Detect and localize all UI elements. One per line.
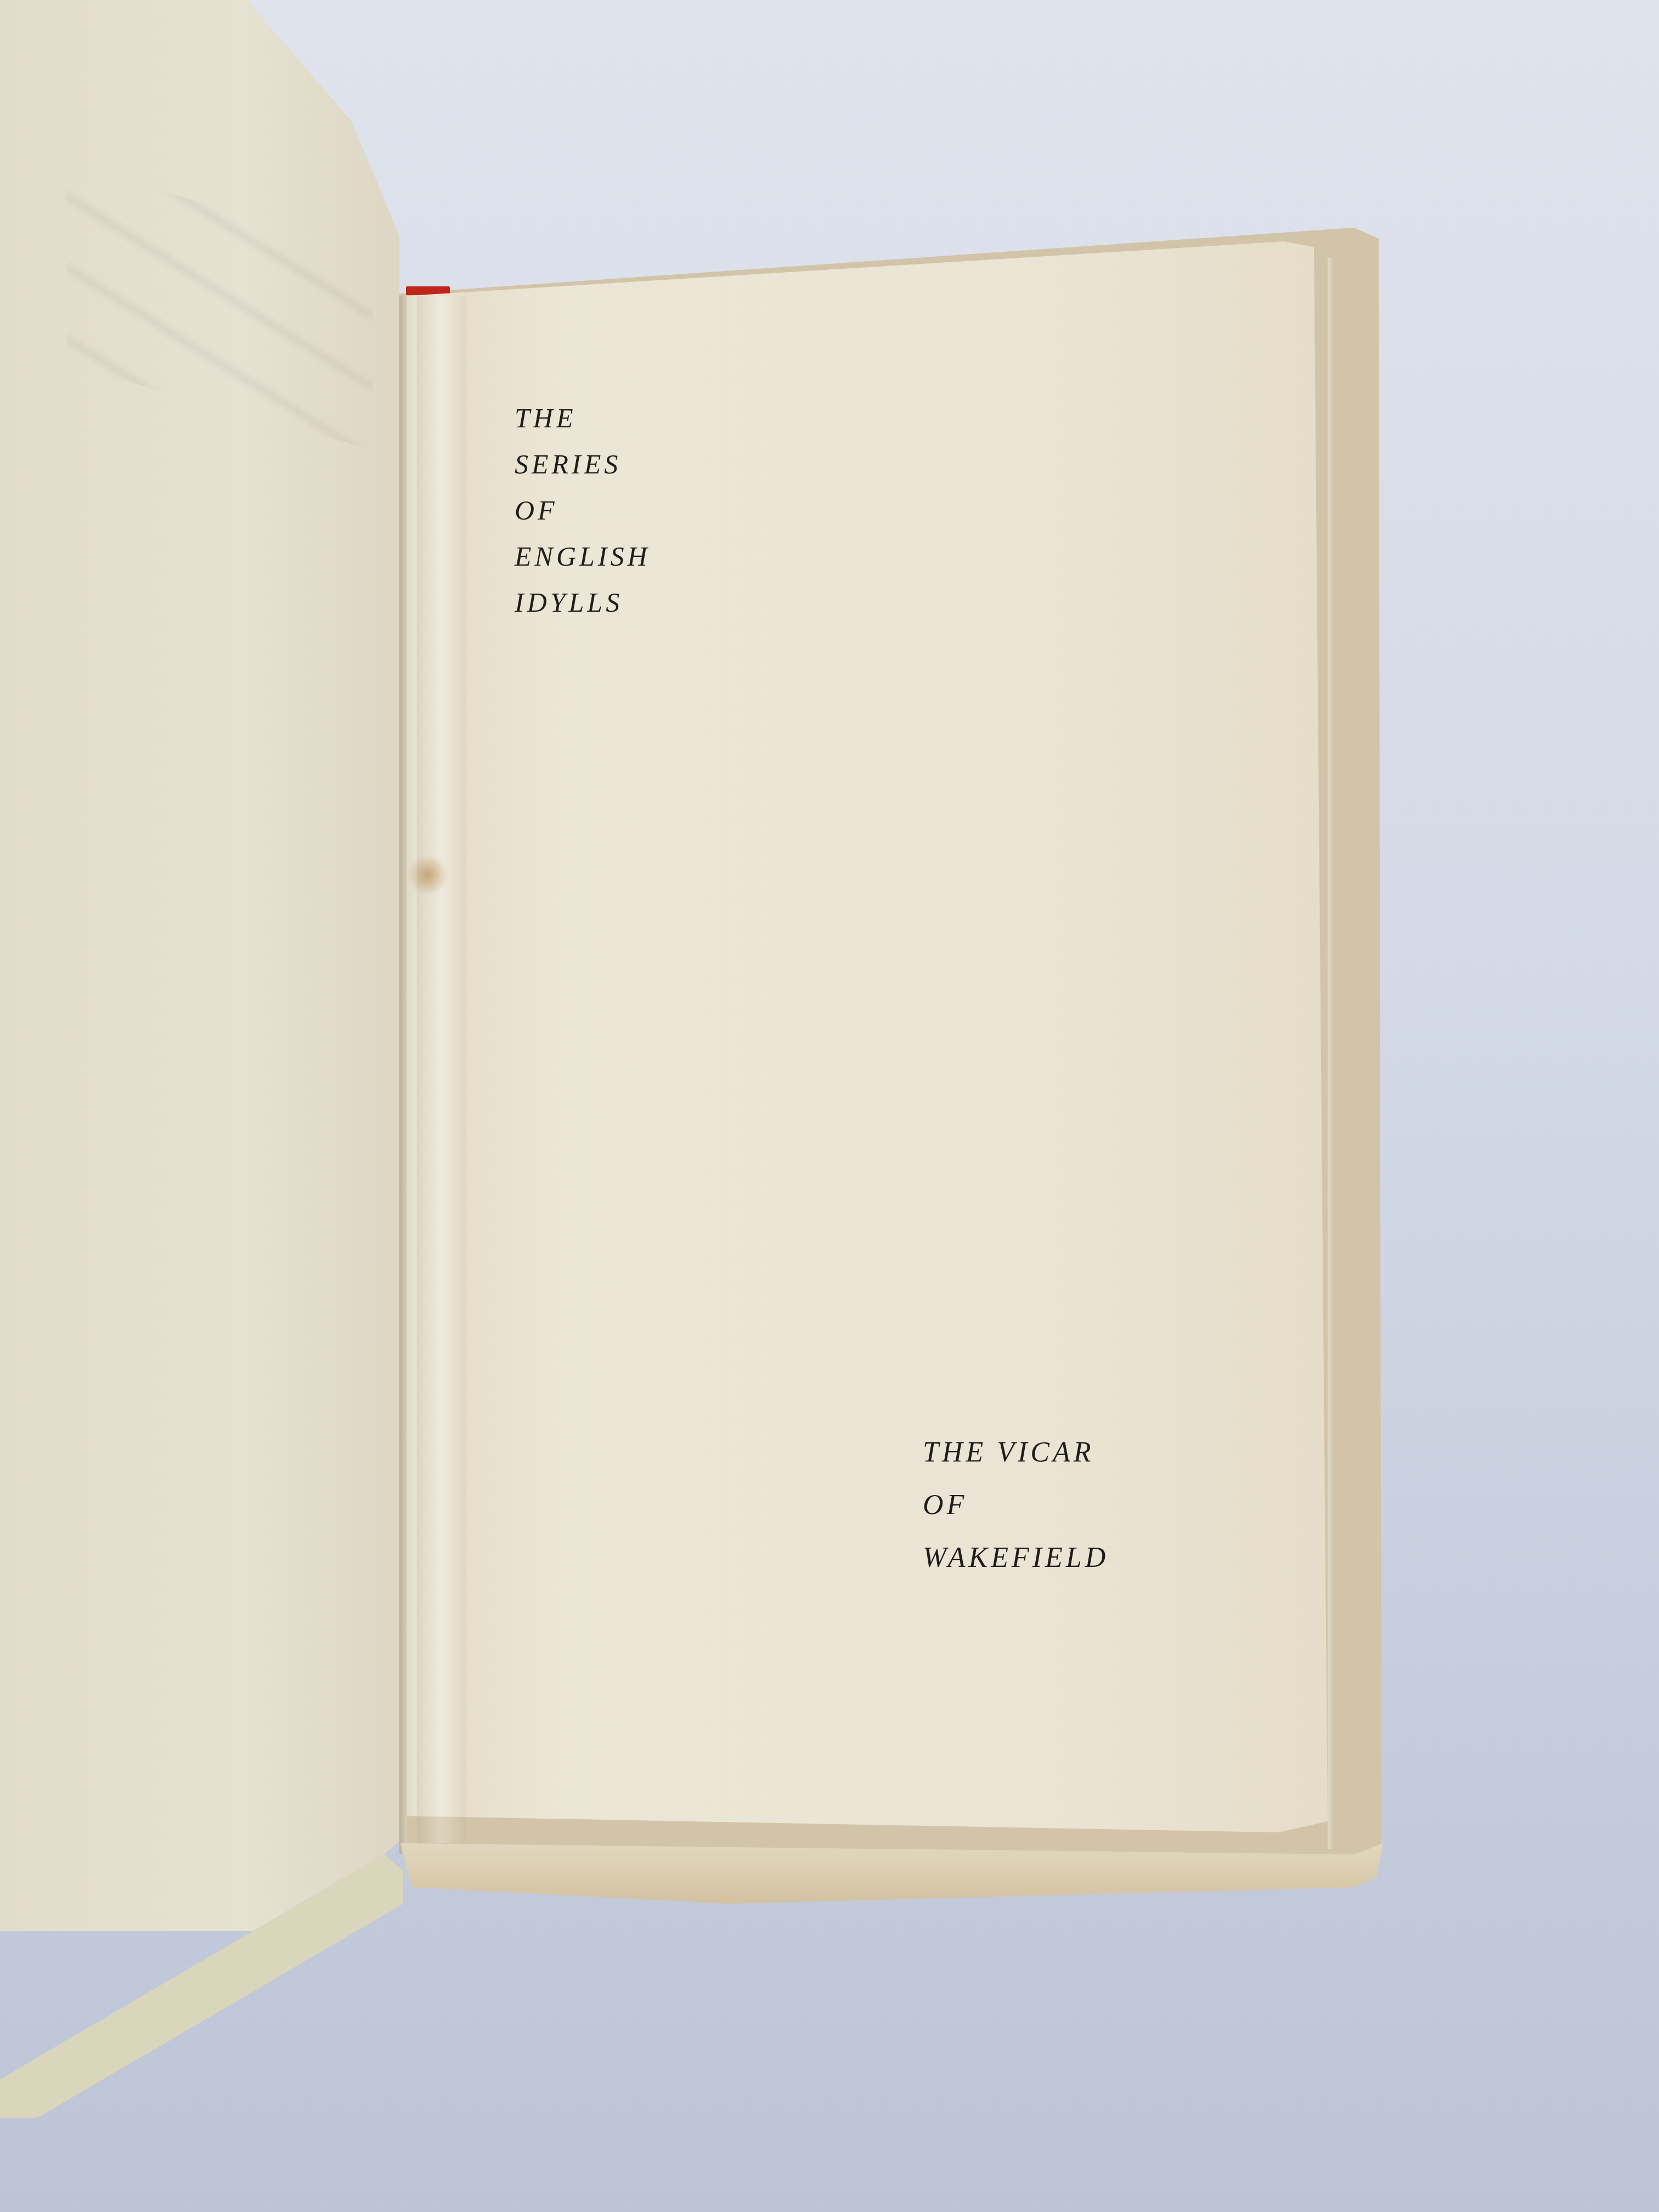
book-title-line: WAKEFIELD xyxy=(923,1532,1109,1584)
series-title-line: OF xyxy=(515,487,651,533)
deckle-edge xyxy=(1328,258,1334,1849)
series-title-line: THE xyxy=(515,395,651,441)
book-photo: THE SERIES OF ENGLISH IDYLLS THE VICAR O… xyxy=(0,0,1659,2212)
series-title-line: SERIES xyxy=(515,441,651,487)
series-title-line: ENGLISH xyxy=(515,533,651,579)
gutter-fold xyxy=(417,296,466,1843)
foxing-stain xyxy=(406,856,450,894)
series-title: THE SERIES OF ENGLISH IDYLLS xyxy=(515,395,651,625)
book-title: THE VICAR OF WAKEFIELD xyxy=(923,1426,1109,1584)
book-title-line: OF xyxy=(923,1479,1109,1532)
book-title-line: THE VICAR xyxy=(923,1426,1109,1479)
gutter xyxy=(399,296,407,1854)
series-title-line: IDYLLS xyxy=(515,579,651,625)
